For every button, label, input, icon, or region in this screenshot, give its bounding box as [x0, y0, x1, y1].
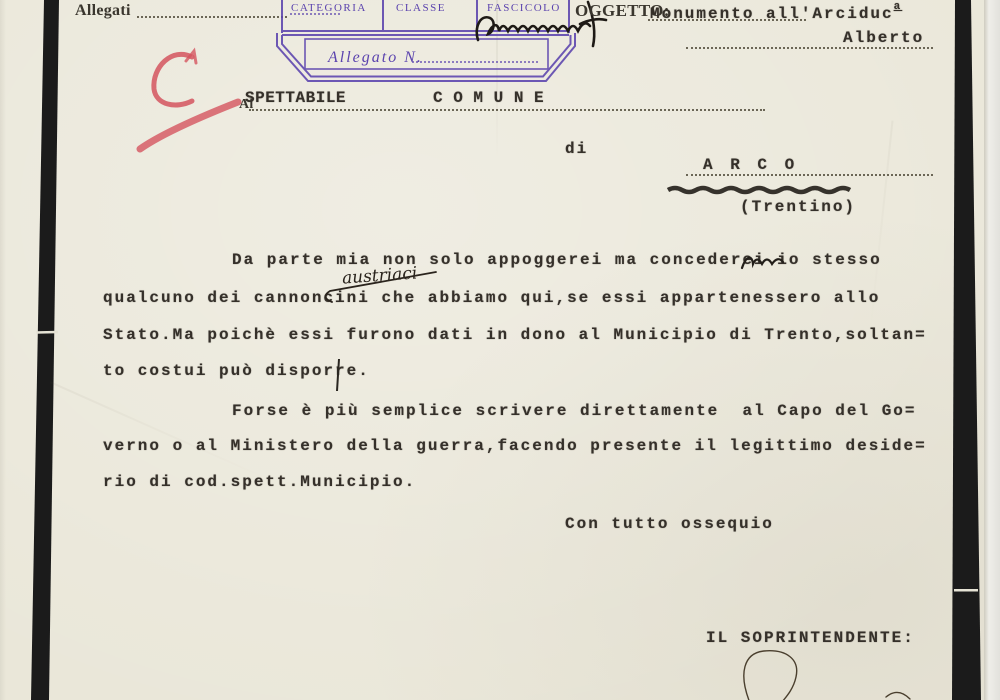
- stamp-allegato-label: Allegato N.: [327, 49, 423, 66]
- insertion-caret-stroke: [318, 268, 448, 308]
- body-line: Forse è più semplice scrivere direttamen…: [232, 402, 917, 420]
- stamp-categoria-label: CATEGORIA: [291, 2, 367, 14]
- dotted-line: [686, 174, 933, 176]
- stamp-classe-label: CLASSE: [396, 2, 446, 14]
- strike-mark: [334, 357, 344, 393]
- recipient-city: A R C O: [703, 156, 798, 174]
- scanned-letter: Allegati CATEGORIA CLASSE FASCICOLO Alle…: [0, 0, 1000, 700]
- dotted-line: [137, 16, 287, 18]
- heavy-underline: [665, 183, 865, 197]
- allegati-label: Allegati: [75, 2, 131, 20]
- body-line: rio di cod.spett.Municipio.: [103, 473, 416, 491]
- body-line: qualcuno dei cannoncini che abbiamo qui,…: [103, 289, 880, 307]
- body-line: Stato.Ma poichè essi furono dati in dono…: [103, 326, 927, 344]
- body-line: to costui può disporre.: [103, 362, 370, 380]
- dotted-line: [686, 47, 933, 49]
- recipient-region: (Trentino): [740, 198, 856, 216]
- superscript-a: a: [894, 1, 903, 13]
- body-line: verno o al Ministero della guerra,facend…: [103, 437, 927, 455]
- subject-line2: Alberto: [843, 29, 924, 47]
- salutation-word1: SPETTABILE: [245, 89, 346, 107]
- signature-stroke: [720, 645, 940, 700]
- scan-edge-left: [0, 0, 6, 700]
- recipient-di: di: [565, 140, 588, 158]
- scan-edge-right: [984, 0, 1000, 700]
- salutation-word2: C O M U N E: [433, 89, 544, 107]
- subject-line1: Monumento all'Arciduca: [650, 1, 902, 23]
- overtype-mark: [738, 250, 788, 276]
- closing-line: Con tutto ossequio: [565, 515, 774, 533]
- dotted-line: [249, 109, 765, 111]
